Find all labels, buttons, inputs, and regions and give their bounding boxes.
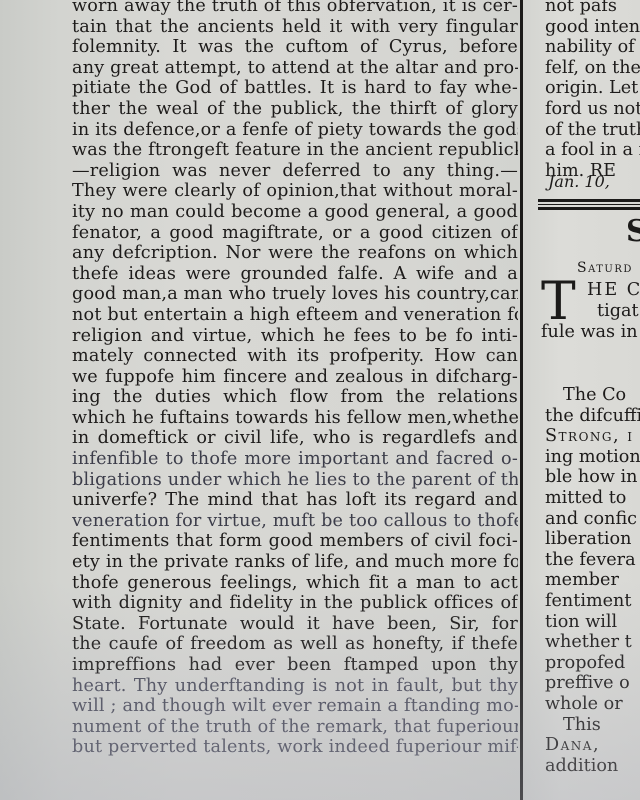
section-line: HE C: [587, 280, 640, 301]
right-line: felf, on the: [531, 58, 640, 79]
article-line: in domeftick or civil life, who is regar…: [72, 428, 518, 449]
drop-cap: T: [541, 276, 576, 328]
article-line: State. Fortunate would it have been, Sir…: [72, 614, 518, 635]
article-line: univerfe? The mind that has loft its reg…: [72, 490, 518, 511]
article-line: ing the duties which flow from the relat…: [72, 387, 518, 408]
article-line: will ; and though wilt ever remain a fta…: [72, 696, 518, 717]
right-line: origin. Let: [531, 78, 640, 99]
article-line: good man,a man who truely loves his coun…: [72, 284, 518, 305]
article-line: fentiments that form good members of civ…: [72, 531, 518, 552]
right-line: nability of fp: [531, 37, 640, 58]
article-line: we fuppofe him fincere and zealous in di…: [72, 367, 518, 388]
section-line: The Co: [545, 385, 640, 406]
article-line: impreffions had ever been ftamped upon t…: [72, 655, 518, 676]
article-line: which he fuftains towards his fellow men…: [72, 408, 518, 429]
section-line: member: [545, 570, 640, 591]
article-line: any defcription. Nor were the reafons on…: [72, 243, 518, 264]
section-line: propofed: [545, 653, 640, 674]
section-line: mitted to: [545, 488, 640, 509]
article-line: in its defence,or a fenfe of piety towar…: [72, 120, 518, 141]
article-line: worn away the truth of this obfervation,…: [72, 0, 518, 17]
section-line: fule was in: [541, 322, 638, 343]
article-line: was the ftrongeft feature in the ancient…: [72, 140, 518, 161]
article-line: veneration for virtue, muft be too callo…: [72, 511, 518, 532]
article-line: ity no man could become a good general, …: [72, 202, 518, 223]
section-line: whole or: [545, 694, 640, 715]
column-rule: [520, 0, 523, 800]
article-line: mately connected with its profperity. Ho…: [72, 346, 518, 367]
article-line: the caufe of freedom as well as honefty,…: [72, 634, 518, 655]
section-line: Strong, i: [545, 426, 640, 447]
section-line: whether t: [545, 632, 640, 653]
section-line: Dana,: [545, 735, 640, 756]
article-line: religion and virtue, which he fees to be…: [72, 326, 518, 347]
section-line: the difcuffi: [545, 406, 640, 427]
right-column-top: not pafs good intentio nability of fp fe…: [531, 0, 640, 181]
main-article-column: worn away the truth of this obfervation,…: [72, 0, 518, 758]
newspaper-page: worn away the truth of this obfervation,…: [0, 0, 640, 800]
article-line: infenfible to thofe more important and f…: [72, 449, 518, 470]
right-line: not pafs: [531, 0, 640, 17]
section-line: and confic: [545, 509, 640, 530]
article-line: ety in the private ranks of life, and mu…: [72, 552, 518, 573]
section-line: tion will: [545, 612, 640, 633]
section-dateline: Saturd: [577, 260, 633, 276]
article-line: with dignity and fidelity in the publick…: [72, 593, 518, 614]
section-line: This: [545, 715, 640, 736]
right-line: of the truth: [531, 120, 640, 141]
article-line: folemnity. It was the cuftom of Cyrus, b…: [72, 37, 518, 58]
article-line: thofe generous feelings, which fit a man…: [72, 573, 518, 594]
article-line: bligations under which he lies to the pa…: [72, 470, 518, 491]
article-line: ther the weal of the publick, the thirft…: [72, 99, 518, 120]
right-line: ford us not fr: [531, 99, 640, 120]
section-line: addition: [545, 756, 640, 777]
section-line: preffive o: [545, 673, 640, 694]
right-line: good intentio: [531, 17, 640, 38]
article-line: They were clearly of opinion,that withou…: [72, 181, 518, 202]
article-line: tain that the ancients held it with very…: [72, 17, 518, 38]
right-line: a fool in a m: [531, 140, 640, 161]
section-line: ing motion: [545, 447, 640, 468]
article-line: any great attempt, to attend at the alta…: [72, 58, 518, 79]
section-line: tigat: [597, 301, 639, 322]
section-heading: S: [626, 214, 640, 249]
article-line: but perverted talents, work indeed fuper…: [72, 737, 518, 758]
article-line: not but entertain a high efteem and vene…: [72, 305, 518, 326]
article-line: thefe ideas were grounded falfe. A wife …: [72, 264, 518, 285]
section-line: fentiment: [545, 591, 640, 612]
article-line: —religion was never deferred to any thin…: [72, 161, 518, 182]
section-line: the fevera: [545, 550, 640, 571]
article-line: fenator, a good magiftrate, or a good ci…: [72, 223, 518, 244]
right-column-body: The Co the difcuffi Strong, i ing motion…: [545, 385, 640, 776]
article-line: nument of the truth of the remark, that …: [72, 717, 518, 738]
dateline: Jan. 10,: [548, 172, 610, 191]
section-divider: [538, 199, 640, 210]
article-line: pitiate the God of battles. It is hard t…: [72, 78, 518, 99]
section-line: liberation: [545, 529, 640, 550]
section-line: ble how in: [545, 467, 640, 488]
article-line: heart. Thy underftanding is not in fault…: [72, 676, 518, 697]
